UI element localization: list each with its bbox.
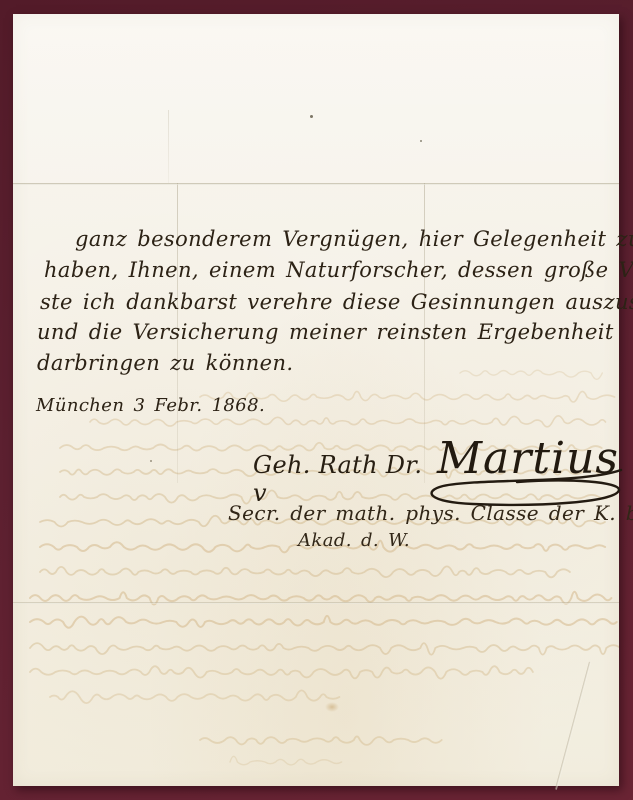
paper-stain [325, 702, 339, 712]
paper-speck [150, 460, 152, 462]
paper-speck [420, 140, 422, 142]
signature-title-line2: Akad. d. W. [298, 530, 410, 551]
letter-body-line-3: ste ich dankbarst verehre diese Gesinnun… [40, 290, 633, 314]
fold-line-vertical-upper [168, 110, 169, 183]
paper-speck [310, 115, 313, 118]
letter-dateline: München 3 Febr. 1868. [36, 395, 265, 416]
letter-body-line-1: ganz besonderem Vergnügen, hier Gelegenh… [75, 227, 633, 251]
letter-body-line-2: haben, Ihnen, einem Naturforscher, desse… [44, 258, 633, 282]
signature-title-line1: Secr. der math. phys. Classe der K. b. [228, 501, 633, 525]
letter-body-line-5: darbringen zu können. [37, 351, 294, 375]
letter-body-line-4: und die Versicherung meiner reinsten Erg… [37, 320, 614, 344]
fold-line-horizontal-top [13, 183, 619, 185]
upper-blank-panel [13, 14, 619, 183]
fold-line-horizontal-bottom [13, 602, 619, 604]
signature-prefix: Geh. Rath Dr. v [253, 451, 427, 507]
photo-background: ganz besonderem Vergnügen, hier Gelegenh… [0, 0, 633, 800]
letter-paper: ganz besonderem Vergnügen, hier Gelegenh… [13, 14, 619, 786]
